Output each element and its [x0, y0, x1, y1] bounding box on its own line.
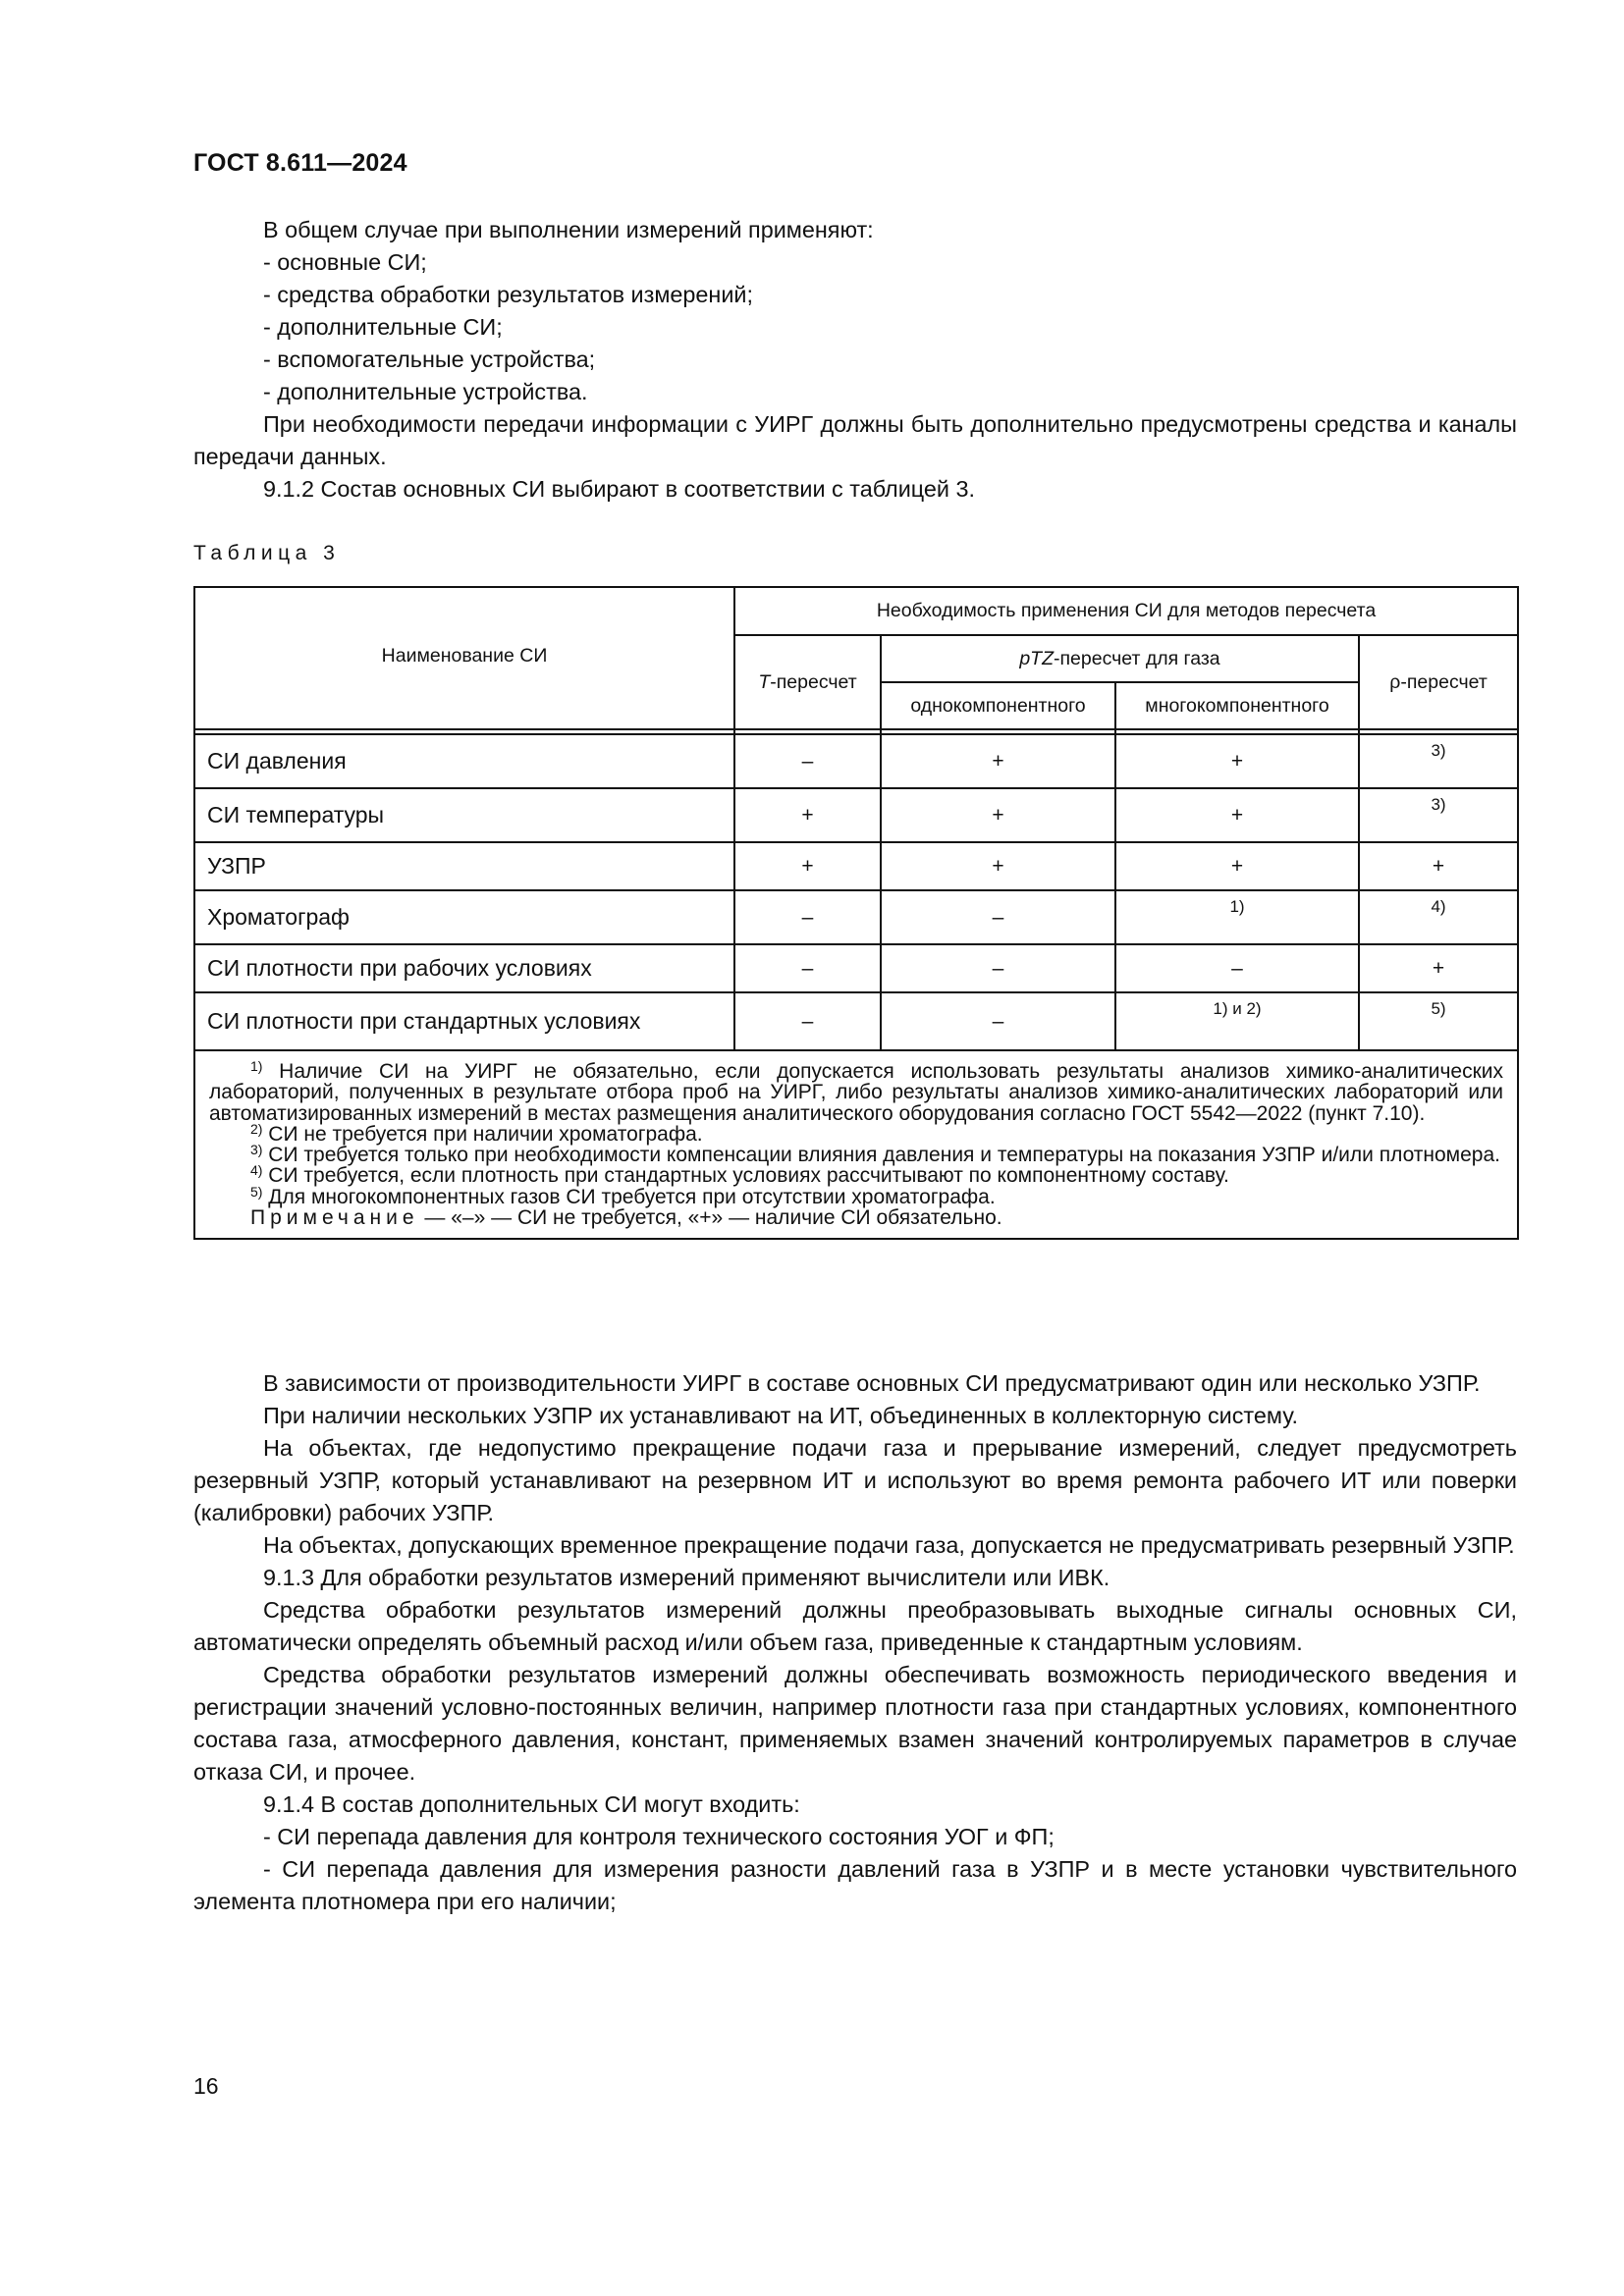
cell-multi: 1)	[1115, 890, 1359, 944]
document-code: ГОСТ 8.611—2024	[193, 149, 407, 178]
table-note: Примечание — «–» — СИ не требуется, «+» …	[209, 1207, 1503, 1228]
cell-rho: 4)	[1359, 890, 1518, 944]
paragraph: На объектах, допускающих временное прекр…	[193, 1529, 1517, 1562]
cell-single: –	[881, 890, 1115, 944]
footnote-mark: 3)	[250, 1142, 262, 1157]
paragraph-9-1-2: 9.1.2 Состав основных СИ выбирают в соот…	[193, 473, 1517, 506]
cell-instrument-name: СИ давления	[194, 734, 734, 788]
cell-instrument-name: СИ плотности при рабочих условиях	[194, 944, 734, 992]
list-item: - СИ перепада давления для измерения раз…	[193, 1853, 1517, 1918]
cell-single: –	[881, 944, 1115, 992]
list-item: - СИ перепада давления для контроля техн…	[193, 1821, 1517, 1853]
cell-t: –	[734, 992, 881, 1050]
cell-t: –	[734, 734, 881, 788]
paragraph-9-1-3: 9.1.3 Для обработки результатов измерени…	[193, 1562, 1517, 1594]
cell-rho: 5)	[1359, 992, 1518, 1050]
footnote-text: СИ не требуется при наличии хроматографа…	[268, 1123, 702, 1146]
table-row: СИ температуры+++3)	[194, 788, 1518, 842]
footnote-3: 3) СИ требуется только при необходимости…	[209, 1145, 1503, 1165]
paragraph: Средства обработки результатов измерений…	[193, 1594, 1517, 1659]
cell-multi: +	[1115, 734, 1359, 788]
footnote-text: Для многокомпонентных газов СИ требуется…	[268, 1186, 995, 1208]
header-t-suffix: -пересчет	[770, 671, 856, 693]
cell-instrument-name: СИ температуры	[194, 788, 734, 842]
list-item: - средства обработки результатов измерен…	[193, 279, 1517, 311]
cell-single: +	[881, 734, 1115, 788]
cell-multi: +	[1115, 842, 1359, 890]
paragraph-9-1-4: 9.1.4 В состав дополнительных СИ могут в…	[193, 1789, 1517, 1821]
list-item: - дополнительные устройства.	[193, 376, 1517, 408]
cell-single: –	[881, 992, 1115, 1050]
footnote-text: Наличие СИ на УИРГ не обязательно, если …	[209, 1060, 1503, 1125]
paragraph: В зависимости от производительности УИРГ…	[193, 1367, 1517, 1400]
footnote-mark: 1)	[250, 1058, 262, 1074]
table-row: УЗПР++++	[194, 842, 1518, 890]
header-t-recalc: T-пересчет	[734, 635, 881, 729]
footnote-2: 2) СИ не требуется при наличии хроматогр…	[209, 1124, 1503, 1145]
intro-lead: В общем случае при выполнении измерений …	[193, 214, 1517, 246]
footnote-mark: 5)	[250, 1184, 262, 1200]
footnote-mark: 4)	[250, 1162, 262, 1178]
cell-single: +	[881, 788, 1115, 842]
header-multi-component: многокомпонентного	[1115, 682, 1359, 729]
table-label: Таблица 3	[193, 542, 340, 565]
cell-multi: +	[1115, 788, 1359, 842]
footnote-text: СИ требуется, если плотность при стандар…	[268, 1164, 1229, 1187]
note-text: — «–» — СИ не требуется, «+» — наличие С…	[419, 1206, 1002, 1229]
cell-rho: +	[1359, 842, 1518, 890]
cell-rho: 3)	[1359, 788, 1518, 842]
cell-single: +	[881, 842, 1115, 890]
paragraph: При наличии нескольких УЗПР их устанавли…	[193, 1400, 1517, 1432]
footnote-mark: 2)	[250, 1121, 262, 1137]
cell-t: –	[734, 944, 881, 992]
table-3: Наименование СИ Необходимость применения…	[193, 586, 1519, 1240]
table-row: СИ давления–++3)	[194, 734, 1518, 788]
cell-t: +	[734, 788, 881, 842]
footnote-4: 4) СИ требуется, если плотность при стан…	[209, 1165, 1503, 1186]
list-item: - дополнительные СИ;	[193, 311, 1517, 344]
footnote-5: 5) Для многокомпонентных газов СИ требуе…	[209, 1187, 1503, 1207]
intro-section: В общем случае при выполнении измерений …	[193, 214, 1517, 506]
footnote-text: СИ требуется только при необходимости ко…	[268, 1144, 1500, 1166]
cell-rho: +	[1359, 944, 1518, 992]
footnote-1: 1) Наличие СИ на УИРГ не обязательно, ес…	[209, 1061, 1503, 1124]
cell-multi: –	[1115, 944, 1359, 992]
list-item: - основные СИ;	[193, 246, 1517, 279]
header-name: Наименование СИ	[194, 587, 734, 729]
header-ptz-symbol: pTZ	[1019, 648, 1054, 669]
paragraph: На объектах, где недопустимо прекращение…	[193, 1432, 1517, 1529]
table-footnotes: 1) Наличие СИ на УИРГ не обязательно, ес…	[194, 1050, 1518, 1239]
page-number: 16	[193, 2073, 219, 2100]
header-name-text: Наименование СИ	[382, 645, 548, 667]
cell-instrument-name: СИ плотности при стандартных условиях	[194, 992, 734, 1050]
note-label: Примечание	[250, 1206, 419, 1229]
cell-instrument-name: УЗПР	[194, 842, 734, 890]
paragraph: Средства обработки результатов измерений…	[193, 1659, 1517, 1789]
table-row: СИ плотности при стандартных условиях––1…	[194, 992, 1518, 1050]
list-item: - вспомогательные устройства;	[193, 344, 1517, 376]
header-single-component: однокомпонентного	[881, 682, 1115, 729]
after-table-section: В зависимости от производительности УИРГ…	[193, 1367, 1517, 1918]
table-row: СИ плотности при рабочих условиях–––+	[194, 944, 1518, 992]
cell-instrument-name: Хроматограф	[194, 890, 734, 944]
header-group: Необходимость применения СИ для методов …	[734, 587, 1518, 635]
table-row: Хроматограф––1)4)	[194, 890, 1518, 944]
header-ptz-suffix: -пересчет для газа	[1054, 648, 1220, 669]
cell-t: +	[734, 842, 881, 890]
paragraph-data-transfer: При необходимости передачи информации с …	[193, 408, 1517, 473]
cell-rho: 3)	[1359, 734, 1518, 788]
cell-multi: 1) и 2)	[1115, 992, 1359, 1050]
header-rho-recalc: ρ-пересчет	[1359, 635, 1518, 729]
header-t-symbol: T	[758, 671, 770, 693]
header-ptz-recalc: pTZ-пересчет для газа	[881, 635, 1359, 682]
cell-t: –	[734, 890, 881, 944]
